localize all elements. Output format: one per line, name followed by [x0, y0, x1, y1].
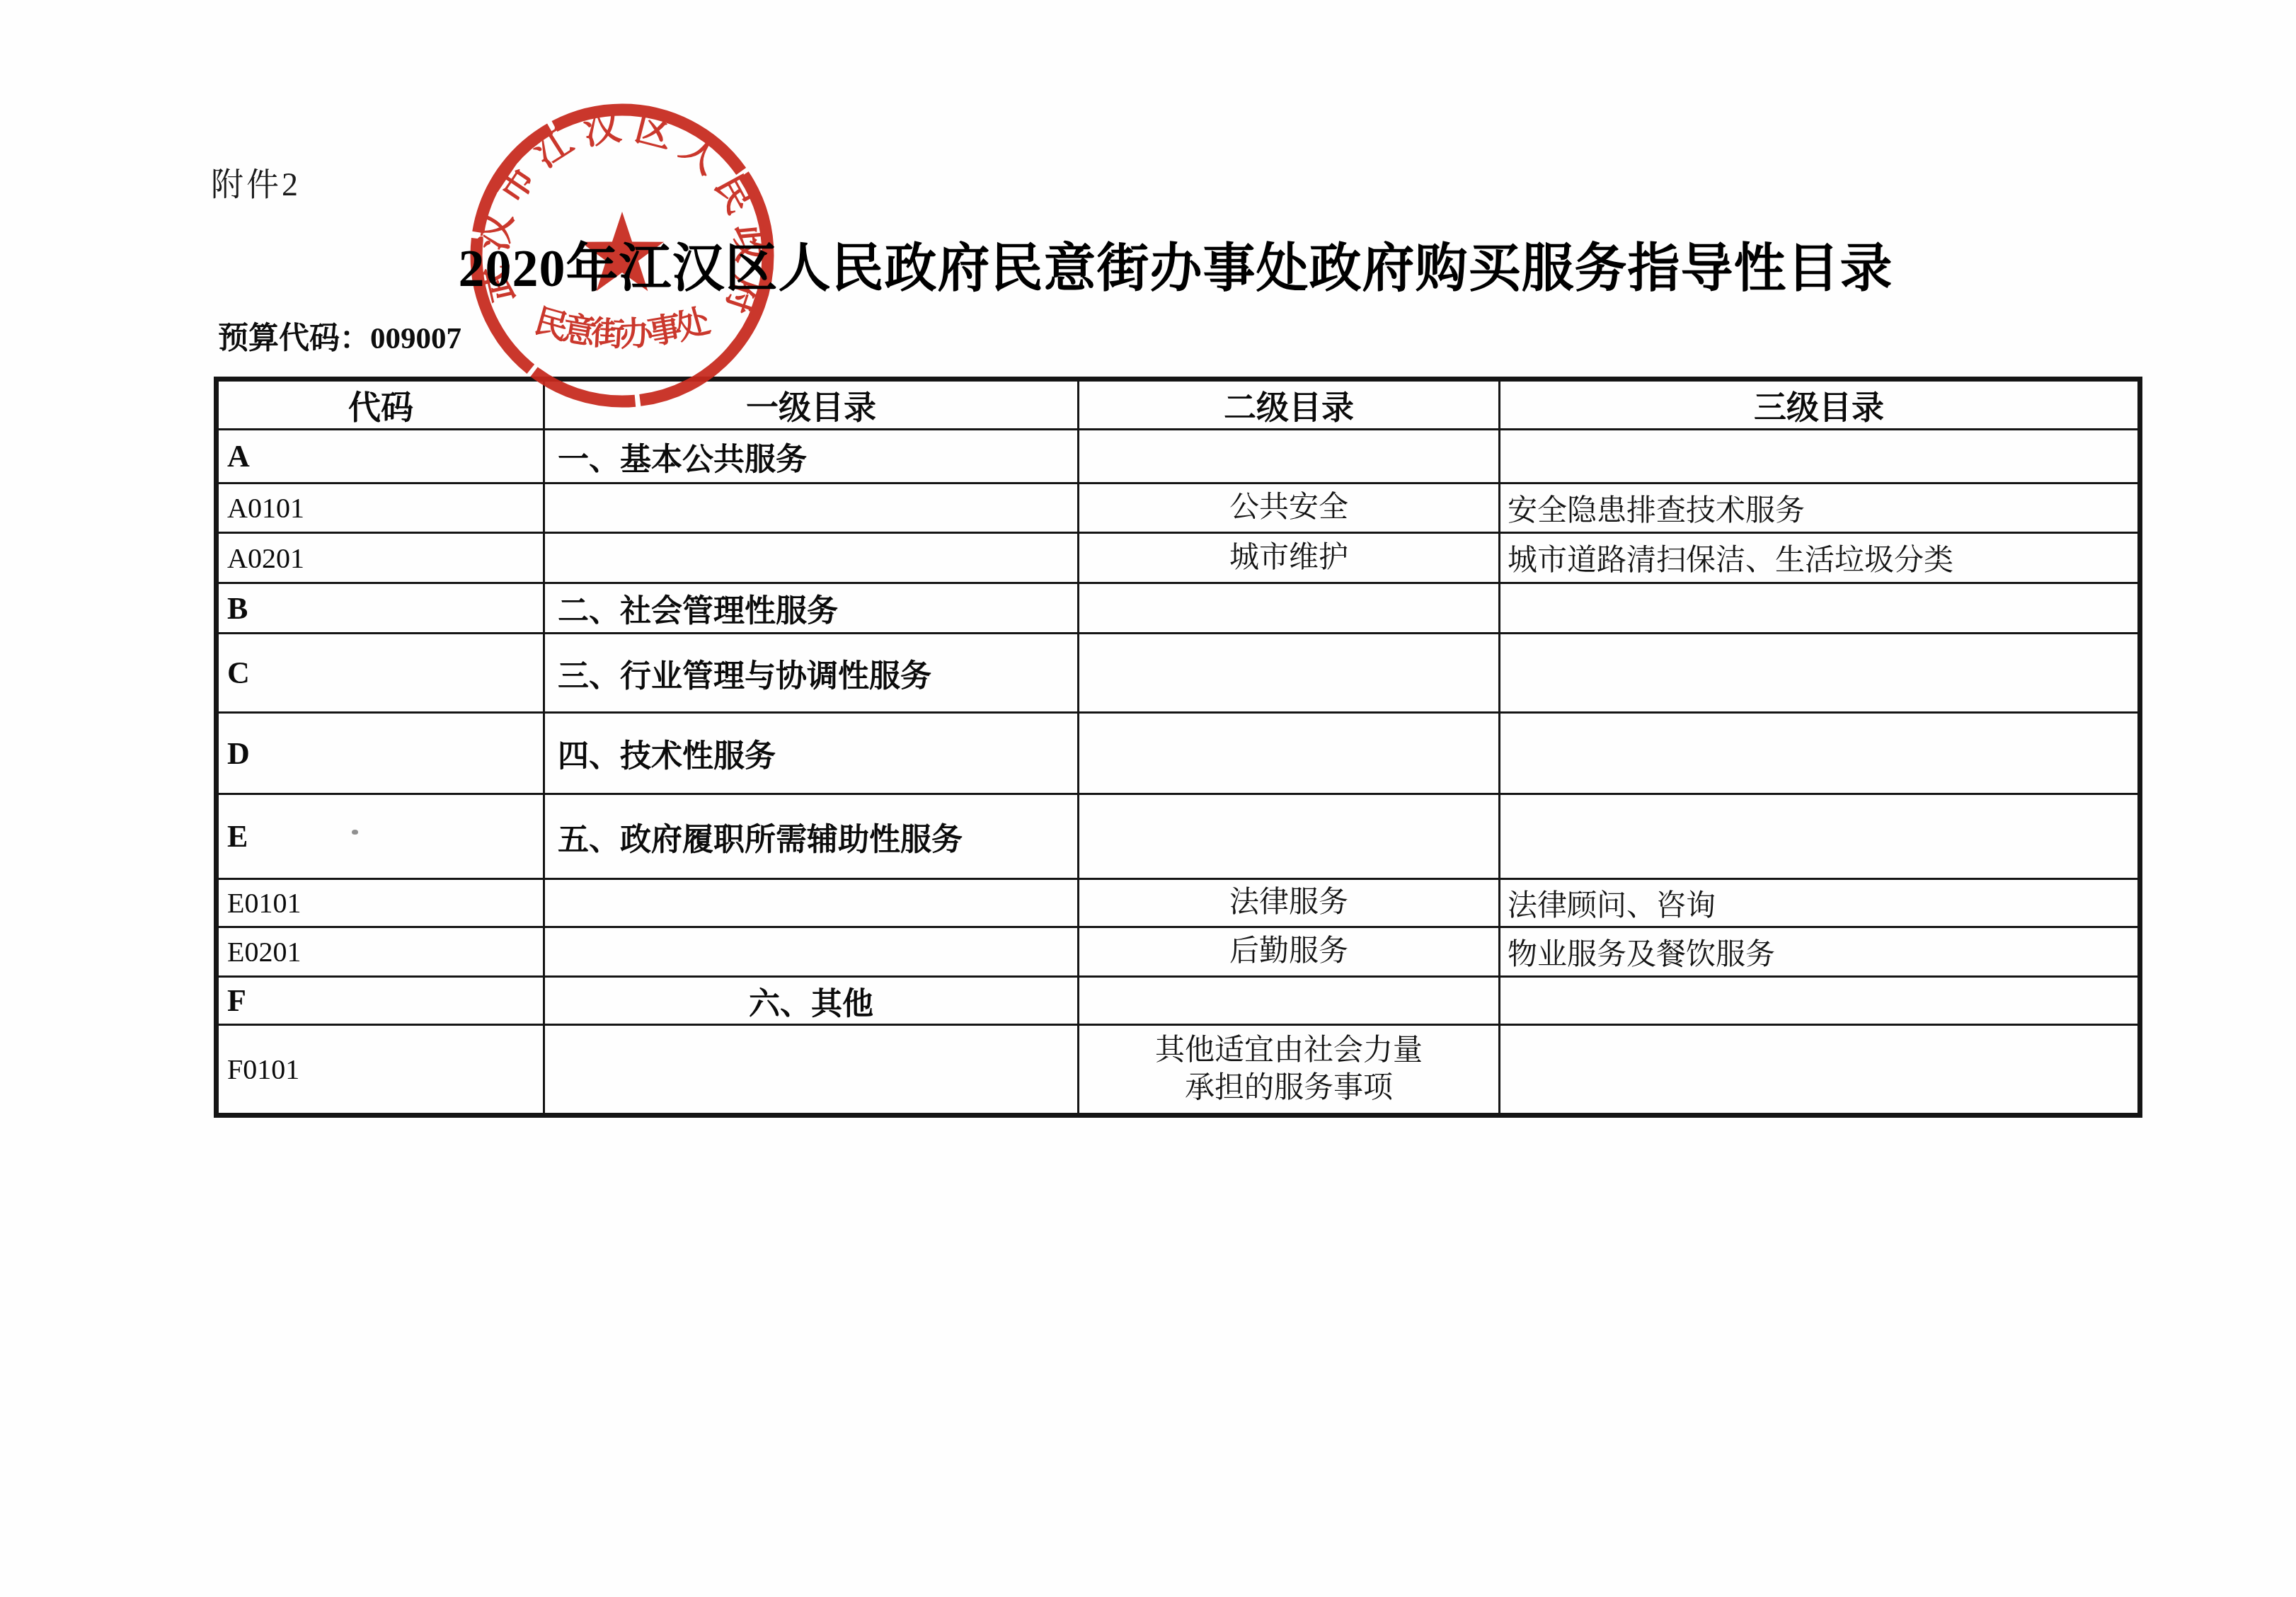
cell-level1: 三、行业管理与协调性服务: [544, 634, 1079, 713]
svg-text:民意街办事处: 民意街办事处: [530, 302, 713, 353]
cell-level2: 其他适宜由社会力量 承担的服务事项: [1079, 1025, 1500, 1116]
cell-level1: 六、其他: [544, 977, 1079, 1025]
cell-level1: [544, 879, 1079, 927]
table-row: A0201 城市维护 城市道路清扫保洁、生活垃圾分类: [217, 533, 2140, 583]
cell-code: F: [217, 977, 544, 1025]
cell-level2: [1079, 713, 1500, 794]
cell-level3: [1500, 713, 2140, 794]
column-header-level2: 二级目录: [1079, 379, 1500, 430]
cell-level1: 四、技术性服务: [544, 713, 1079, 794]
cell-code: E0101: [217, 879, 544, 927]
cell-code: E: [217, 794, 544, 879]
cell-level3: [1500, 634, 2140, 713]
cell-code: D: [217, 713, 544, 794]
table-row: E0101 法律服务 法律顾问、咨询: [217, 879, 2140, 927]
cell-level3: [1500, 1025, 2140, 1116]
cell-level2: 城市维护: [1079, 533, 1500, 583]
cell-level3: [1500, 430, 2140, 483]
cell-code: E0201: [217, 927, 544, 977]
cell-level1: 一、基本公共服务: [544, 430, 1079, 483]
cell-code: B: [217, 583, 544, 634]
cell-level1: [544, 483, 1079, 533]
cell-code: A0101: [217, 483, 544, 533]
cell-level1: [544, 927, 1079, 977]
cell-level3: 物业服务及餐饮服务: [1500, 927, 2140, 977]
column-header-level3: 三级目录: [1500, 379, 2140, 430]
cell-level1: [544, 1025, 1079, 1116]
cell-code: C: [217, 634, 544, 713]
cell-code: A0201: [217, 533, 544, 583]
budget-code-label: 预算代码：009007: [218, 314, 461, 357]
cell-code: F0101: [217, 1025, 544, 1116]
cell-level3: 法律顾问、咨询: [1500, 879, 2140, 927]
table-row: F 六、其他: [217, 977, 2140, 1025]
cell-level2: [1079, 977, 1500, 1025]
cell-level3: 城市道路清扫保洁、生活垃圾分类: [1500, 533, 2140, 583]
cell-level1: 五、政府履职所需辅助性服务: [544, 794, 1079, 879]
cell-level2: 后勤服务: [1079, 927, 1500, 977]
cell-code: A: [217, 430, 544, 483]
catalog-table: 代码 一级目录 二级目录 三级目录 A 一、基本公共服务 A0101 公共安全 …: [214, 377, 2142, 1118]
table-row: E 五、政府履职所需辅助性服务: [217, 794, 2140, 879]
cell-level3: [1500, 583, 2140, 634]
cell-level2: [1079, 583, 1500, 634]
cell-level3: 安全隐患排查技术服务: [1500, 483, 2140, 533]
cell-level2: [1079, 794, 1500, 879]
table-row: C 三、行业管理与协调性服务: [217, 634, 2140, 713]
cell-level3: [1500, 794, 2140, 879]
cell-level3: [1500, 977, 2140, 1025]
table-row: A 一、基本公共服务: [217, 430, 2140, 483]
document-page: 附件2 武汉市江汉区人民政府 民意街办事处 2020年江汉区人民政府民意街办事处…: [0, 0, 2296, 1597]
cell-level2: 公共安全: [1079, 483, 1500, 533]
table-row: F0101 其他适宜由社会力量 承担的服务事项: [217, 1025, 2140, 1116]
cell-level2: [1079, 430, 1500, 483]
table-row: E0201 后勤服务 物业服务及餐饮服务: [217, 927, 2140, 977]
cell-level1: 二、社会管理性服务: [544, 583, 1079, 634]
table-row: B 二、社会管理性服务: [217, 583, 2140, 634]
table-row: D 四、技术性服务: [217, 713, 2140, 794]
scan-speck: [352, 830, 358, 835]
cell-level2: 法律服务: [1079, 879, 1500, 927]
cell-level1: [544, 533, 1079, 583]
table-row: A0101 公共安全 安全隐患排查技术服务: [217, 483, 2140, 533]
seal-bottom-text: 民意街办事处: [530, 302, 713, 353]
page-title: 2020年江汉区人民政府民意街办事处政府购买服务指导性目录: [214, 227, 2137, 302]
cell-level2: [1079, 634, 1500, 713]
attachment-label: 附件2: [211, 159, 301, 205]
